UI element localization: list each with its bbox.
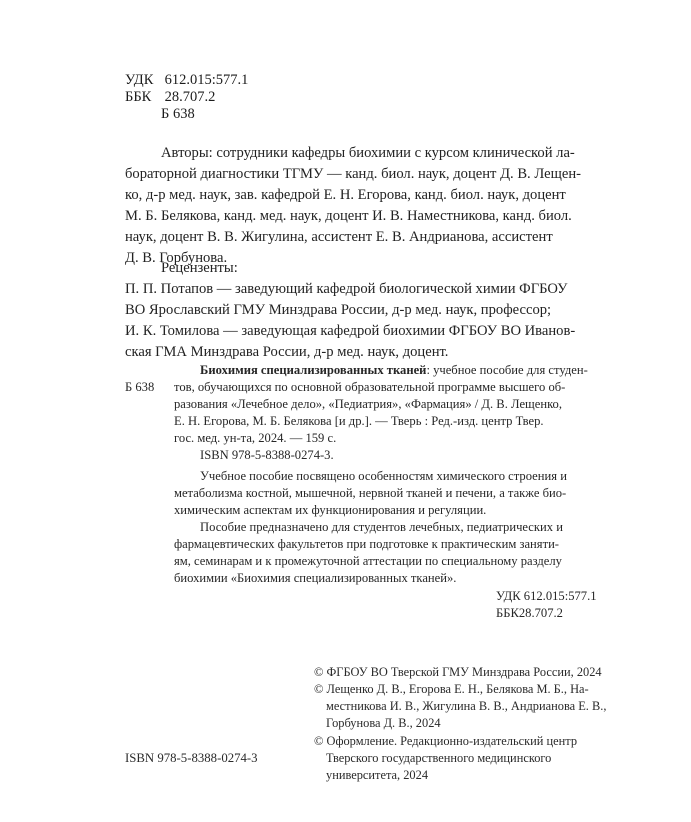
reviewer-line: ВО Ярославский ГМУ Минздрава России, д-р…: [125, 300, 551, 321]
record-sign: Б 638: [125, 379, 154, 396]
bbk-value: 28.707.2: [165, 89, 216, 105]
authors-line: бораторной диагностики ТГМУ — канд. биол…: [125, 164, 581, 185]
annotation-line: фармацевтических факультетов при подгото…: [174, 536, 559, 553]
copyright-line: местникова И. В., Жигулина В. В., Андриа…: [326, 698, 606, 715]
copyright-line: © ФГБОУ ВО Тверской ГМУ Минздрава России…: [314, 664, 602, 681]
udk-value: 612.015:577.1: [165, 72, 249, 88]
authors-line: наук, доцент В. В. Жигулина, ассистент Е…: [125, 227, 553, 248]
copyright-line: университета, 2024: [326, 767, 428, 784]
author-sign: Б 638: [161, 106, 195, 123]
annotation-line: ям, семинарам и к промежуточной аттестац…: [174, 553, 562, 570]
record-line: Е. Н. Егорова, М. Б. Белякова [и др.]. —…: [174, 413, 544, 430]
udk-label: УДК: [125, 72, 161, 89]
bbk-label: ББК: [125, 89, 161, 106]
annotation-line: Учебное пособие посвящено особенностям х…: [200, 468, 567, 485]
record-line: тов, обучающихся по основной образовател…: [174, 379, 565, 396]
record-title-line: Биохимия специализированных тканей: учеб…: [200, 362, 588, 379]
reviewers-heading: Рецензенты:: [161, 258, 238, 279]
annotation-line: метаболизма костной, мышечной, нервной т…: [174, 485, 566, 502]
record-isbn: ISBN 978-5-8388-0274-3.: [200, 447, 334, 464]
copyright-line: Тверского государственного медицинского: [326, 750, 551, 767]
reviewer-line: П. П. Потапов — заведующий кафедрой биол…: [125, 279, 567, 300]
record-bbk: ББК28.707.2: [496, 605, 563, 622]
reviewer-line: ская ГМА Минздрава России, д-р мед. наук…: [125, 342, 448, 363]
authors-line: М. Б. Белякова, канд. мед. наук, доцент …: [125, 206, 572, 227]
record-line: разования «Лечебное дело», «Педиатрия», …: [174, 396, 562, 413]
udk-line: УДК 612.015:577.1: [125, 72, 248, 89]
annotation-line: химическим аспектам их функционирования …: [174, 502, 486, 519]
record-udk: УДК 612.015:577.1: [496, 588, 597, 605]
annotation-line: биохимии «Биохимия специализированных тк…: [174, 570, 456, 587]
book-title-rest: : учебное пособие для студен-: [426, 363, 587, 377]
footer-isbn: ISBN 978-5-8388-0274-3: [125, 750, 258, 767]
authors-line: Авторы: сотрудники кафедры биохимии с ку…: [161, 143, 575, 164]
reviewer-line: И. К. Томилова — заведующая кафедрой био…: [125, 321, 575, 342]
copyright-line: © Лещенко Д. В., Егорова Е. Н., Белякова…: [314, 681, 589, 698]
authors-line: ко, д-р мед. наук, зав. кафедрой Е. Н. Е…: [125, 185, 566, 206]
record-line: гос. мед. ун-та, 2024. — 159 с.: [174, 430, 336, 447]
book-title: Биохимия специализированных тканей: [200, 363, 426, 377]
copyright-line: Горбунова Д. В., 2024: [326, 715, 441, 732]
annotation-line: Пособие предназначено для студентов лече…: [200, 519, 563, 536]
copyright-line: © Оформление. Редакционно-издательский ц…: [314, 733, 577, 750]
bbk-line: ББК 28.707.2: [125, 89, 215, 106]
